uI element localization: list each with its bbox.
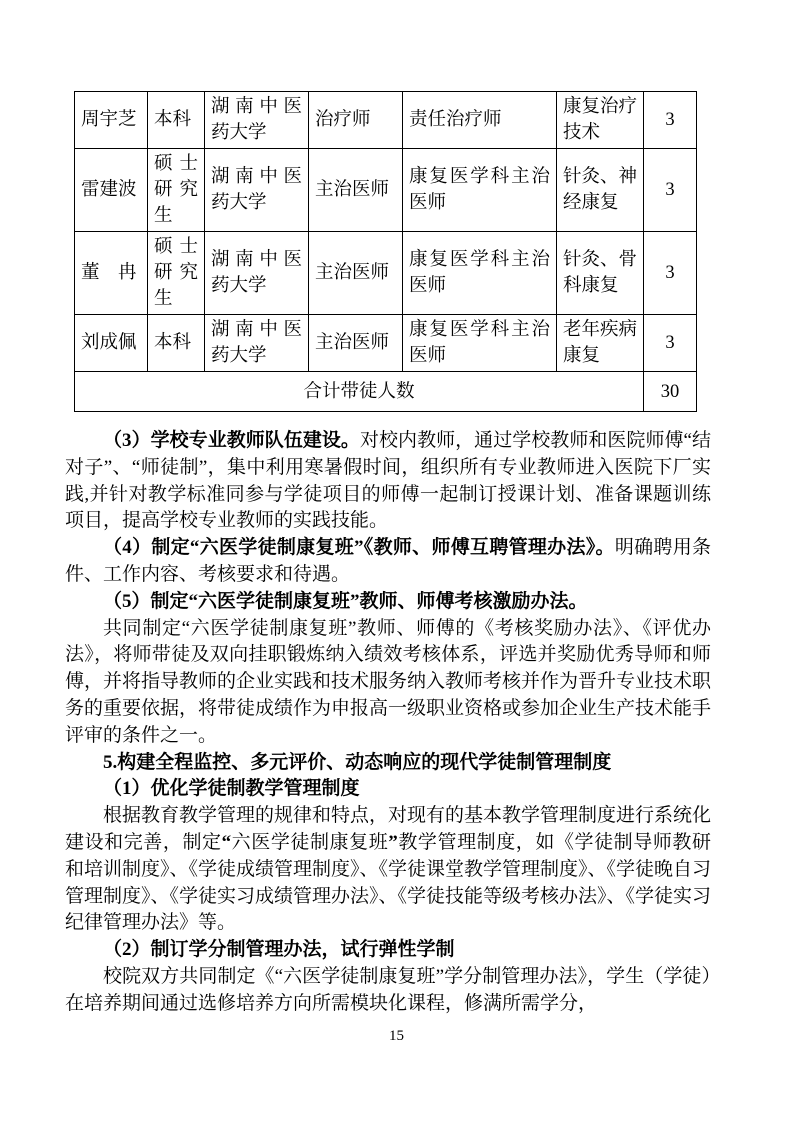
- table-cell: 主治医师: [309, 232, 403, 315]
- table-cell: 主治医师: [309, 149, 403, 232]
- table-cell: 治疗师: [309, 92, 403, 149]
- table-summary-label: 合计带徒人数: [75, 372, 644, 412]
- table-row: 董 冉硕士研究生湖南中医药大学主治医师康复医学科主治医师针灸、骨科康复3: [75, 232, 697, 315]
- table-cell: 湖南中医药大学: [205, 232, 309, 315]
- table-cell: 康复医学科主治医师: [403, 149, 557, 232]
- table-cell: 康复医学科主治医师: [403, 232, 557, 315]
- body-text-run: 共同制定“六医学徒制康复班”教师、师傅的《考核奖励办法》、《评优办法》，将师带徒…: [65, 618, 711, 746]
- table-cell: 康复医学科主治医师: [403, 315, 557, 372]
- bold-text-run: （5）制定“六医学徒制康复班”教师、师傅考核激励办法。: [103, 591, 588, 612]
- table-row: 周宇芝本科湖南中医药大学治疗师责任治疗师康复治疗技术3: [75, 92, 697, 149]
- bold-text-run: ”: [388, 832, 398, 853]
- para-teaching-regulations: 根据教育教学管理的规律和特点，对现有的基本教学管理制度进行系统化建设和完善，制定…: [65, 803, 711, 937]
- table-cell: 3: [644, 232, 697, 315]
- heading-5-2-credit-system: （2）制订学分制管理办法，试行弹性学制: [65, 937, 711, 964]
- bold-text-run: （3）学校专业教师队伍建设。: [103, 430, 360, 451]
- para-3-school-teacher-team: （3）学校专业教师队伍建设。对校内教师，通过学校教师和医院师傅“结对子”、“师徒…: [65, 428, 711, 535]
- table-row: 雷建波硕士研究生湖南中医药大学主治医师康复医学科主治医师针灸、神经康复3: [75, 149, 697, 232]
- bold-text-run: （2）制订学分制管理办法，试行弹性学制: [103, 939, 455, 960]
- bold-text-run: “: [222, 832, 232, 853]
- para-5-incentive-measures: （5）制定“六医学徒制康复班”教师、师傅考核激励办法。: [65, 589, 711, 616]
- body-text-run: 校院双方共同制定《“六医学徒制康复班”学分制管理办法》，学生（学徒）在培养期间通…: [65, 966, 711, 1014]
- table-cell: 刘成佩: [75, 315, 148, 372]
- table-cell: 周宇芝: [75, 92, 148, 149]
- table-cell: 针灸、神经康复: [557, 149, 644, 232]
- table-cell: 3: [644, 315, 697, 372]
- table-cell: 责任治疗师: [403, 92, 557, 149]
- page-number: 15: [0, 1028, 793, 1045]
- table-cell: 3: [644, 149, 697, 232]
- table-cell: 董 冉: [75, 232, 148, 315]
- table-cell: 3: [644, 92, 697, 149]
- table-cell: 老年疾病康复: [557, 315, 644, 372]
- table-cell: 本科: [148, 315, 205, 372]
- para-assessment-reward: 共同制定“六医学徒制康复班”教师、师傅的《考核奖励办法》、《评优办法》，将师带徒…: [65, 616, 711, 750]
- table-summary-row: 合计带徒人数 30: [75, 372, 697, 412]
- para-4-mutual-employment: （4）制定“六医学徒制康复班”《教师、师傅互聘管理办法》。明确聘用条件、工作内容…: [65, 535, 711, 589]
- heading-5-1-optimize-teaching: （1）优化学徒制教学管理制度: [65, 776, 711, 803]
- heading-5-management-system: 5.构建全程监控、多元评价、动态响应的现代学徒制管理制度: [65, 750, 711, 777]
- table-cell: 硕士研究生: [148, 232, 205, 315]
- table-cell: 康复治疗技术: [557, 92, 644, 149]
- bold-text-run: （1）优化学徒制教学管理制度: [103, 778, 360, 799]
- table-cell: 硕士研究生: [148, 149, 205, 232]
- body-text-run: 六医学徒制康复班: [231, 832, 388, 853]
- bold-text-run: （4）制定“六医学徒制康复班”《教师、师傅互聘管理办法》。: [103, 537, 615, 558]
- document-page: 周宇芝本科湖南中医药大学治疗师责任治疗师康复治疗技术3雷建波硕士研究生湖南中医药…: [0, 0, 793, 1122]
- table-cell: 湖南中医药大学: [205, 149, 309, 232]
- table-cell: 雷建波: [75, 149, 148, 232]
- mentor-table: 周宇芝本科湖南中医药大学治疗师责任治疗师康复治疗技术3雷建波硕士研究生湖南中医药…: [74, 91, 697, 412]
- bold-text-run: 5.构建全程监控、多元评价、动态响应的现代学徒制管理制度: [103, 752, 611, 773]
- table-cell: 湖南中医药大学: [205, 315, 309, 372]
- table-summary-value: 30: [644, 372, 697, 412]
- table-cell: 针灸、骨科康复: [557, 232, 644, 315]
- document-body: （3）学校专业教师队伍建设。对校内教师，通过学校教师和医院师傅“结对子”、“师徒…: [65, 428, 711, 1018]
- para-credit-management: 校院双方共同制定《“六医学徒制康复班”学分制管理办法》，学生（学徒）在培养期间通…: [65, 964, 711, 1018]
- table-cell: 本科: [148, 92, 205, 149]
- table-cell: 湖南中医药大学: [205, 92, 309, 149]
- table-cell: 主治医师: [309, 315, 403, 372]
- table-row: 刘成佩本科湖南中医药大学主治医师康复医学科主治医师老年疾病康复3: [75, 315, 697, 372]
